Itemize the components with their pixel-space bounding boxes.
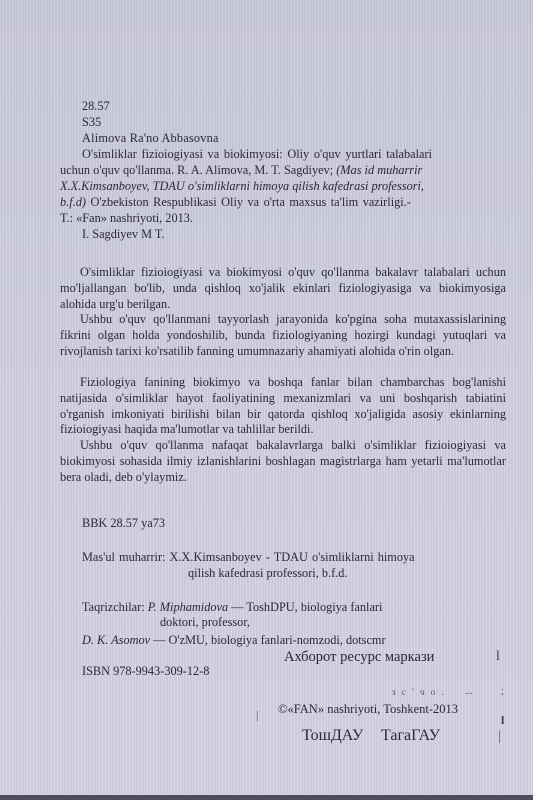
- abstract-paragraph: Fiziologiya fanining biokimyo va boshqa …: [60, 375, 506, 438]
- entry-line-4: b.f.d) O'zbekiston Respublikasi Oliy va …: [60, 195, 411, 211]
- copyright: ©«FAN» nashriyoti, Toshkent-2013: [278, 702, 458, 718]
- reviewer-2-name: D. K. Asomov: [82, 633, 150, 647]
- reviewers-label: Taqrizchilar:: [82, 600, 148, 614]
- stamp-mark: l: [496, 649, 500, 665]
- entry-line-5: T.: «Fan» nashriyoti, 2013.: [60, 211, 193, 227]
- bbk-code: BBK 28.57 ya73: [82, 516, 165, 532]
- entry-line-2-italic: (Mas id muharrir: [336, 163, 422, 177]
- index-line: I. Sagdiyev M T.: [82, 227, 165, 243]
- udc-number: 28.57: [82, 99, 110, 115]
- entry-line-2-text: uchun o'quv qo'llanma. R. A. Alimova, M.…: [60, 163, 336, 177]
- book-imprint-page: 28.57 S35 Alimova Ra'no Abbasovna O'siml…: [0, 0, 533, 800]
- library-tashkent: ТошДАУ: [302, 726, 363, 746]
- photo-bottom-edge: [0, 795, 533, 800]
- stamp-dots: ...: [465, 684, 473, 700]
- entry-line-2: uchun o'quv qo'llanma. R. A. Alimova, M.…: [60, 163, 422, 179]
- library-second: ТагаГАУ: [381, 726, 440, 746]
- entry-line-4-text: O'zbekiston Respublikasi Oliy va o'rta m…: [86, 195, 411, 209]
- stamp-faint-text: з с ' ч о .: [392, 685, 446, 701]
- reviewer-1-affiliation: — ToshDPU, biologiya fanlari: [228, 600, 382, 614]
- reviewer-1-name: P. Miphamidova: [148, 600, 228, 614]
- catalog-code: S35: [82, 115, 101, 131]
- editor-line-1: Mas'ul muharrir: X.X.Kimsanboyev - TDAU …: [82, 550, 415, 566]
- stamp-bar-right: |: [498, 729, 501, 745]
- abstract: O'simliklar fizioiogiyasi va biokimyosi …: [60, 265, 506, 360]
- entry-line-3: X.X.Kimsanboyev, TDAU o'simliklarni himo…: [60, 179, 424, 195]
- abstract-paragraph: Ushbu o'quv qo'llanma nafaqat bakalavrla…: [60, 438, 506, 485]
- stamp-mark-right: l: [501, 713, 504, 728]
- stamp-semicolon: ;: [501, 684, 504, 700]
- stamp-bar-left: |: [256, 708, 258, 723]
- entry-line-4-italic: b.f.d): [60, 195, 86, 209]
- stamp-title: Ахборот ресурс маркази: [284, 648, 434, 666]
- reviewer-2: D. K. Asomov — O'zMU, biologiya fanlari-…: [82, 633, 386, 649]
- reviewer-1-title: doktori, professor,: [160, 615, 250, 631]
- abstract-paragraph: O'simliklar fizioiogiyasi va biokimyosi …: [60, 265, 506, 312]
- isbn: ISBN 978-9943-309-12-8: [82, 664, 209, 680]
- abstract-paragraph: Ushbu o'quv qo'llanmani tayyorlash jaray…: [60, 312, 506, 359]
- abstract-continued: Fiziologiya fanining biokimyo va boshqa …: [60, 375, 506, 486]
- reviewer-2-affiliation: — O'zMU, biologiya fanlari-nomzodi, dots…: [150, 633, 385, 647]
- author-name: Alimova Ra'no Abbasovna: [82, 131, 219, 147]
- entry-line-1: O'simliklar fizioiogiyasi va biokimyosi:…: [82, 147, 432, 163]
- editor-line-2: qilish kafedrasi professori, b.f.d.: [188, 566, 347, 582]
- reviewer-1: Taqrizchilar: P. Miphamidova — ToshDPU, …: [82, 600, 382, 616]
